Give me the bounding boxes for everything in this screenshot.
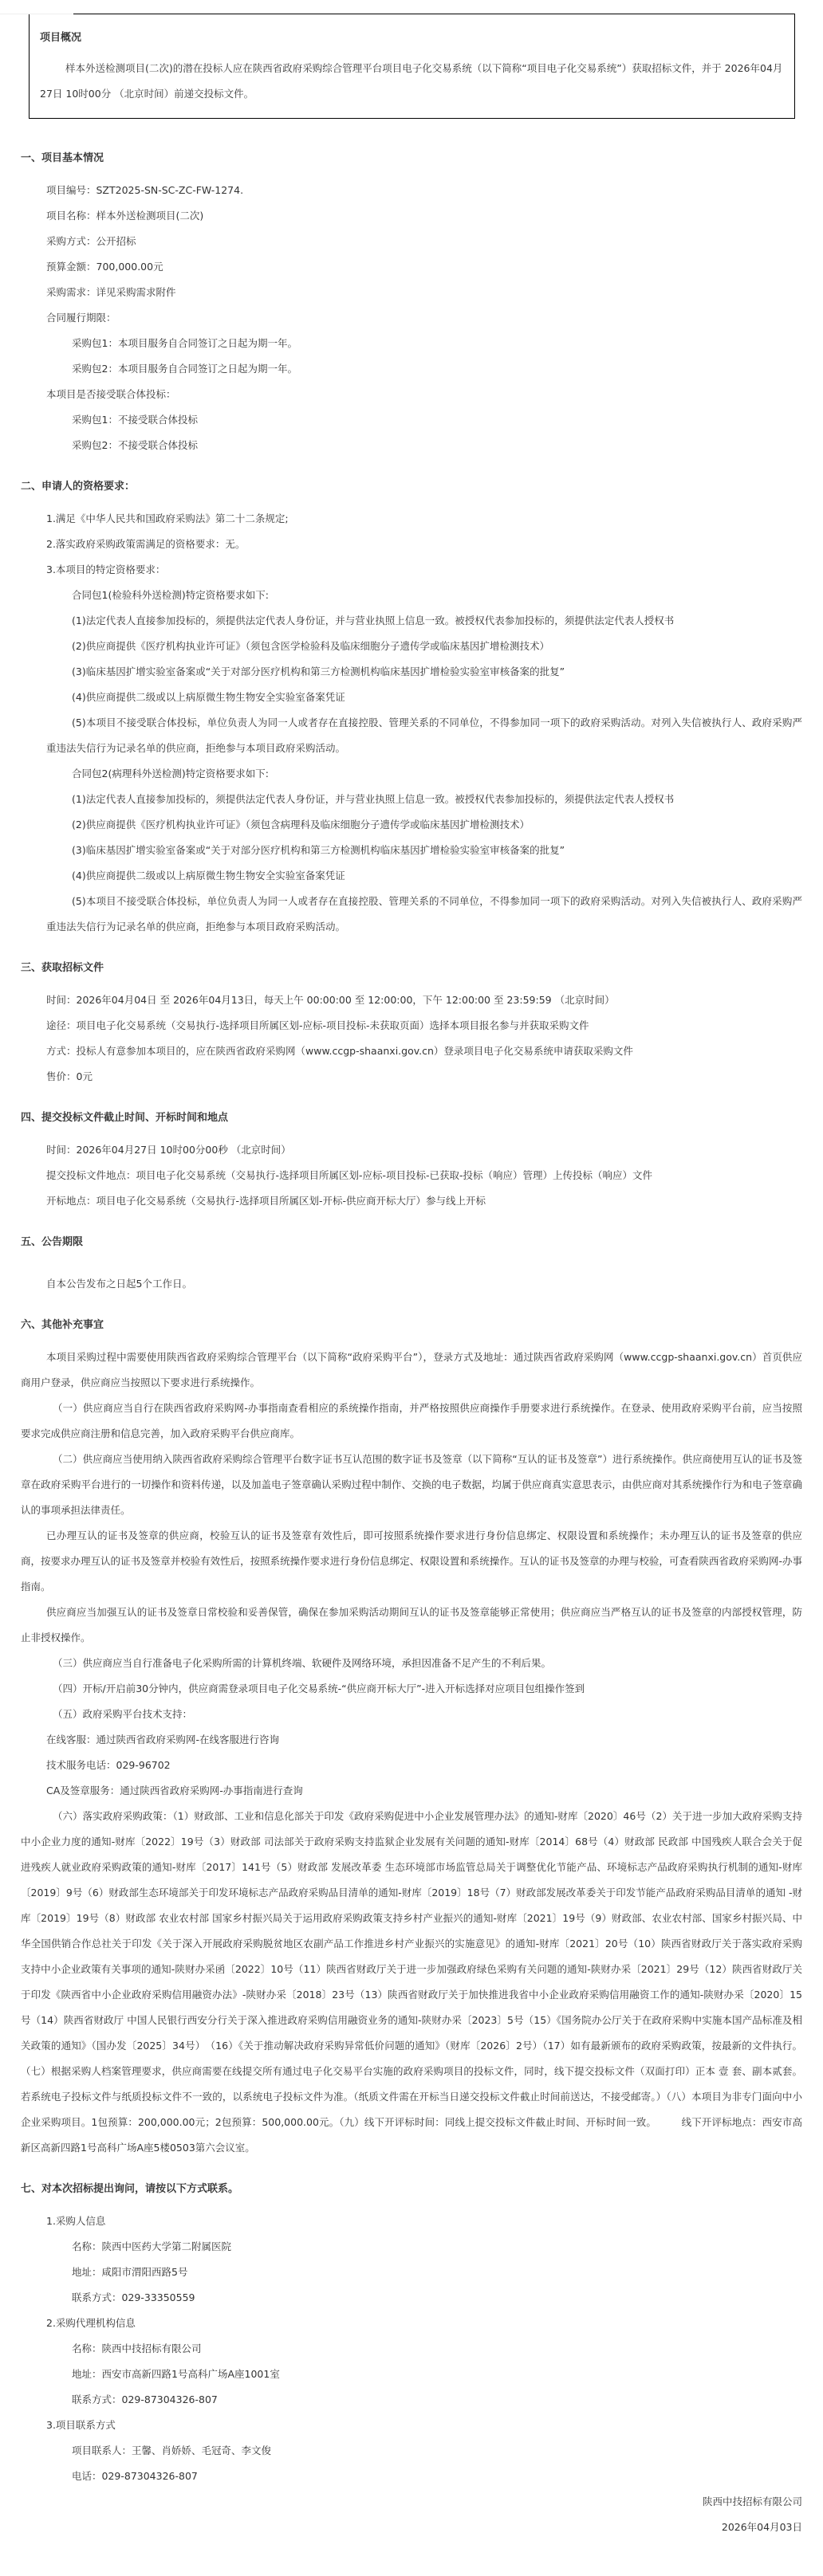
agency-title: 2.采购代理机构信息: [21, 2311, 802, 2336]
section-contact: 七、对本次招标提出询问，请按以下方式联系。 1.采购人信息 名称：陕西中医药大学…: [21, 2181, 802, 2489]
purchaser-title: 1.采购人信息: [21, 2209, 802, 2234]
obtain-route: 途径：项目电子化交易系统（交易执行-选择项目所属区划-应标-项目投标-未获取页面…: [21, 1013, 802, 1039]
section-qualifications: 二、申请人的资格要求： 1.满足《中华人民共和国政府采购法》第二十二条规定; 2…: [21, 479, 802, 940]
obtain-way: 方式：投标人有意参加本项目的，应在陕西省政府采购网（www.ccgp-shaan…: [21, 1039, 802, 1064]
section-heading: 一、项目基本情况: [21, 151, 802, 167]
section-announcement-period: 五、公告期限 自本公告发布之日起5个工作日。: [21, 1235, 802, 1297]
consortium-package-2: 采购包2：不接受联合体投标: [21, 433, 802, 458]
ca-service: CA及签章服务：通过陕西省政府采购网-办事指南进行查询: [21, 1778, 802, 1804]
other-item-2b: 已办理互认的证书及签章的供应商，校验互认的证书及签章有效性后，即可按照系统操作要…: [21, 1523, 802, 1600]
other-item-4: （四）开标/开启前30分钟内，供应商需登录项目电子化交易系统-“供应商开标大厅”…: [21, 1676, 802, 1702]
purchaser-name: 名称：陕西中医药大学第二附属医院: [21, 2234, 802, 2260]
section-basic-info: 一、项目基本情况 项目编号：SZT2025-SN-SC-ZC-FW-1274. …: [21, 151, 802, 458]
section-obtain-documents: 三、获取招标文件 时间：2026年04月04日 至 2026年04月13日，每天…: [21, 960, 802, 1090]
budget-amount: 预算金额：700,000.00元: [21, 254, 802, 280]
consortium-package-1: 采购包1：不接受联合体投标: [21, 407, 802, 433]
project-contact-people: 项目联系人：王馨、肖娇娇、毛冠奇、李文俊: [21, 2438, 802, 2464]
package-2-item: (2)供应商提供《医疗机构执业许可证》（须包含病理科及临床细胞分子遗传学或临床基…: [21, 812, 802, 838]
section-other-matters: 六、其他补充事宜 本项目采购过程中需要使用陕西省政府采购综合管理平台（以下简称“…: [21, 1317, 802, 2161]
project-contact-title: 3.项目联系方式: [21, 2413, 802, 2438]
opening-place: 开标地点：项目电子化交易系统（交易执行-选择项目所属区划-开标-供应商开标大厅）…: [21, 1188, 802, 1214]
other-item-5: （五）政府采购平台技术支持：: [21, 1702, 802, 1727]
procurement-requirements: 采购需求：详见采购需求附件: [21, 280, 802, 305]
overview-title: 项目概况: [40, 30, 784, 46]
package-1-item: (5)本项目不接受联合体投标，单位负责人为同一人或者存在直接控股、管理关系的不同…: [21, 710, 802, 761]
contract-period-label: 合同履行期限：: [21, 305, 802, 331]
project-number: 项目编号：SZT2025-SN-SC-ZC-FW-1274.: [21, 178, 802, 203]
contract-period-package-2: 采购包2：本项目服务自合同签订之日起为期一年。: [21, 356, 802, 382]
consortium-label: 本项目是否接受联合体投标：: [21, 382, 802, 407]
obtain-time: 时间：2026年04月04日 至 2026年04月13日，每天上午 00:00:…: [21, 988, 802, 1013]
section-heading: 三、获取招标文件: [21, 960, 802, 976]
section-heading: 二、申请人的资格要求：: [21, 479, 802, 495]
other-item-3: （三）供应商应当自行准备电子化采购所需的计算机终端、软硬件及网络环境，承担因准备…: [21, 1651, 802, 1676]
deadline-time: 时间：2026年04月27日 10时00分00秒 （北京时间）: [21, 1137, 802, 1163]
procurement-method: 采购方式：公开招标: [21, 229, 802, 254]
agency-contact: 联系方式：029-87304326-807: [21, 2387, 802, 2413]
section-heading: 四、提交投标文件截止时间、开标时间和地点: [21, 1110, 802, 1126]
announcement-period-text: 自本公告发布之日起5个工作日。: [21, 1271, 802, 1297]
announcement-page: 项目概况 样本外送检测项目(二次)的潜在投标人应在陕西省政府采购综合管理平台项目…: [0, 14, 823, 2540]
package-1-title: 合同包1(检验科外送检测)特定资格要求如下:: [21, 583, 802, 608]
package-2-item: (1)法定代表人直接参加投标的，须提供法定代表人身份证，并与营业执照上信息一致。…: [21, 787, 802, 812]
package-2-item: (3)临床基因扩增实验室备案或“关于对部分医疗机构和第三方检测机构临床基因扩增检…: [21, 838, 802, 863]
other-intro: 本项目采购过程中需要使用陕西省政府采购综合管理平台（以下简称“政府采购平台”），…: [21, 1345, 802, 1396]
qualification-item: 3.本项目的特定资格要求：: [21, 557, 802, 583]
package-1-item: (4)供应商提供二级或以上病原微生物生物安全实验室备案凭证: [21, 685, 802, 710]
signature-company: 陕西中技招标有限公司: [21, 2489, 802, 2515]
other-item-2c: 供应商应当加强互认的证书及签章日常校验和妥善保管，确保在参加采购活动期间互认的证…: [21, 1600, 802, 1651]
section-heading: 六、其他补充事宜: [21, 1317, 802, 1333]
tech-service-phone: 技术服务电话：029-96702: [21, 1753, 802, 1778]
overview-text: 样本外送检测项目(二次)的潜在投标人应在陕西省政府采购综合管理平台项目电子化交易…: [40, 56, 784, 107]
online-service: 在线客服：通过陕西省政府采购网-在线客服进行咨询: [21, 1727, 802, 1753]
package-1-item: (3)临床基因扩增实验室备案或“关于对部分医疗机构和第三方检测机构临床基因扩增检…: [21, 659, 802, 685]
section-heading: 七、对本次招标提出询问，请按以下方式联系。: [21, 2181, 802, 2197]
project-overview-box: 项目概况 样本外送检测项目(二次)的潜在投标人应在陕西省政府采购综合管理平台项目…: [29, 14, 795, 119]
top-divider: [0, 14, 73, 14]
qualification-item: 2.落实政府采购政策需满足的资格要求：无。: [21, 532, 802, 557]
qualification-item: 1.满足《中华人民共和国政府采购法》第二十二条规定;: [21, 506, 802, 532]
other-item-1: （一）供应商应当自行在陕西省政府采购网-办事指南查看相应的系统操作指南，并严格按…: [21, 1396, 802, 1447]
project-contact-phone: 电话：029-87304326-807: [21, 2464, 802, 2489]
package-1-item: (2)供应商提供《医疗机构执业许可证》（须包含医学检验科及临床细胞分子遗传学或临…: [21, 634, 802, 659]
signature-date: 2026年04月03日: [21, 2515, 802, 2540]
submit-place: 提交投标文件地点：项目电子化交易系统（交易执行-选择项目所属区划-应标-项目投标…: [21, 1163, 802, 1188]
package-2-item: (5)本项目不接受联合体投标，单位负责人为同一人或者存在直接控股、管理关系的不同…: [21, 889, 802, 940]
document-price: 售价：0元: [21, 1064, 802, 1090]
project-name: 项目名称：样本外送检测项目(二次): [21, 203, 802, 229]
contract-period-package-1: 采购包1：本项目服务自合同签订之日起为期一年。: [21, 331, 802, 356]
procurement-policy: （六）落实政府采购政策：（1）财政部、工业和信息化部关于印发《政府采购促进中小企…: [21, 1804, 802, 2161]
purchaser-contact: 联系方式：029-33350559: [21, 2285, 802, 2311]
package-2-title: 合同包2(病理科外送检测)特定资格要求如下:: [21, 761, 802, 787]
package-2-item: (4)供应商提供二级或以上病原微生物生物安全实验室备案凭证: [21, 863, 802, 889]
package-1-item: (1)法定代表人直接参加投标的，须提供法定代表人身份证，并与营业执照上信息一致。…: [21, 608, 802, 634]
agency-address: 地址：西安市高新四路1号高科广场A座1001室: [21, 2362, 802, 2387]
purchaser-address: 地址：咸阳市渭阳西路5号: [21, 2260, 802, 2285]
agency-name: 名称：陕西中技招标有限公司: [21, 2336, 802, 2362]
other-item-2: （二）供应商应当使用纳入陕西省政府采购综合管理平台数字证书互认范围的数字证书及签…: [21, 1447, 802, 1523]
section-deadline-opening: 四、提交投标文件截止时间、开标时间和地点 时间：2026年04月27日 10时0…: [21, 1110, 802, 1214]
section-heading: 五、公告期限: [21, 1235, 802, 1251]
